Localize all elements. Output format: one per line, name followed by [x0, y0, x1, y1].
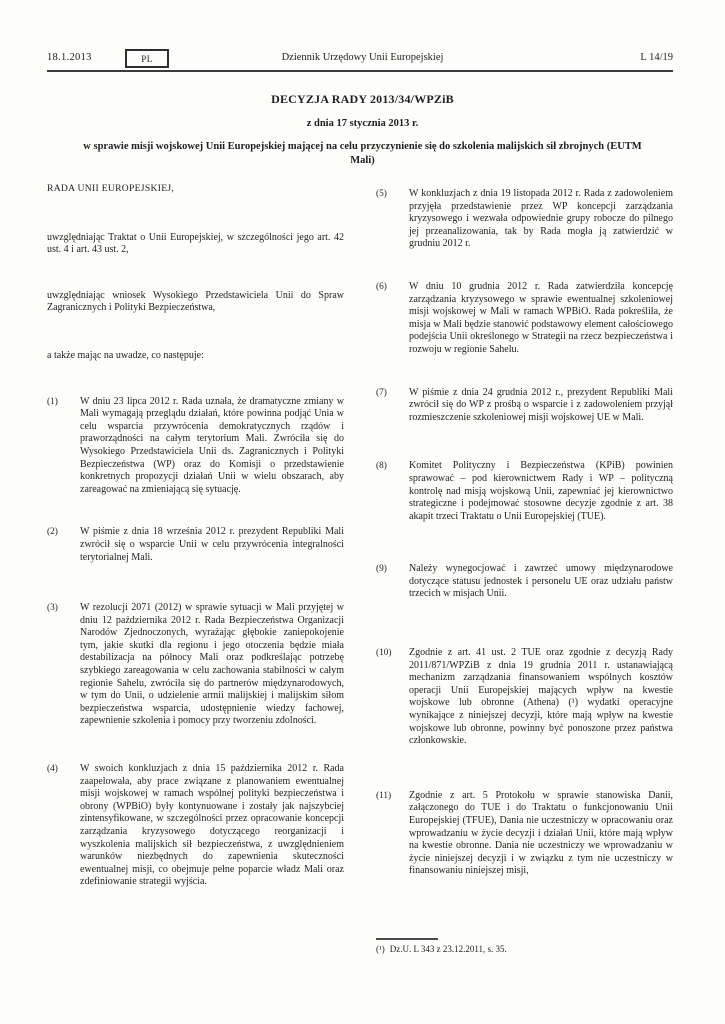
recital-text: Zgodnie z art. 5 Protokołu w sprawie sta… — [409, 790, 673, 878]
recital-text: W konkluzjach z dnia 19 listopada 2012 r… — [409, 188, 673, 251]
recitals-intro: a także mając na uwadze, co następuje: — [47, 350, 344, 363]
document-page: 18.1.2013 PL Dziennik Urzędowy Unii Euro… — [0, 0, 725, 1024]
recital-number: (9) — [376, 563, 409, 601]
recital-item-9: (9) Należy wynegocjować i zawrzeć umowy … — [376, 563, 673, 601]
recital-number: (8) — [376, 460, 409, 523]
recital-text: W piśmie z dnia 18 września 2012 r. prez… — [80, 526, 344, 564]
decision-date-line: z dnia 17 stycznia 2013 r. — [0, 118, 725, 129]
header-rule — [47, 70, 673, 72]
recital-number: (4) — [47, 763, 80, 889]
recital-item-11: (11) Zgodnie z art. 5 Protokołu w sprawi… — [376, 790, 673, 878]
footnote-text: Dz.U. L 343 z 23.12.2011, s. 35. — [390, 944, 507, 955]
recital-text: W piśmie z dnia 24 grudnia 2012 r., prez… — [409, 387, 673, 425]
recital-text: W dniu 23 lipca 2012 r. Rada uznała, że … — [80, 396, 344, 497]
recital-number: (2) — [47, 526, 80, 564]
recital-text: Należy wynegocjować i zawrzeć umowy międ… — [409, 563, 673, 601]
recital-item-1: (1) W dniu 23 lipca 2012 r. Rada uznała,… — [47, 396, 344, 497]
recital-item-2: (2) W piśmie z dnia 18 września 2012 r. … — [47, 526, 344, 564]
right-column: (5) W konkluzjach z dnia 19 listopada 20… — [376, 183, 673, 889]
recital-number: (10) — [376, 647, 409, 748]
footnote-line: (¹) Dz.U. L 343 z 23.12.2011, s. 35. — [376, 944, 673, 955]
recital-number: (6) — [376, 281, 409, 357]
recital-text: Komitet Polityczny i Bezpieczeństwa (KPi… — [409, 460, 673, 523]
recital-number: (3) — [47, 602, 80, 728]
decision-subject: w sprawie misji wojskowej Unii Europejsk… — [75, 140, 650, 167]
header-page-ref: L 14/19 — [640, 52, 673, 63]
recital-text: Zgodnie z art. 41 ust. 2 TUE oraz zgodni… — [409, 647, 673, 748]
footnote-rule — [376, 938, 438, 940]
document-body: RADA UNII EUROPEJSKIEJ, uwzględniając Tr… — [47, 183, 673, 889]
recital-item-10: (10) Zgodnie z art. 41 ust. 2 TUE oraz z… — [376, 647, 673, 748]
title-block: DECYZJA RADY 2013/34/WPZiB z dnia 17 sty… — [0, 92, 725, 167]
recital-number: (1) — [47, 396, 80, 497]
recital-item-5: (5) W konkluzjach z dnia 19 listopada 20… — [376, 188, 673, 251]
recital-item-7: (7) W piśmie z dnia 24 grudnia 2012 r., … — [376, 387, 673, 425]
recital-item-3: (3) W rezolucji 2071 (2012) w sprawie sy… — [47, 602, 344, 728]
left-column: RADA UNII EUROPEJSKIEJ, uwzględniając Tr… — [47, 183, 344, 889]
recital-number: (5) — [376, 188, 409, 251]
recital-item-8: (8) Komitet Polityczny i Bezpieczeństwa … — [376, 460, 673, 523]
footnote: (¹) Dz.U. L 343 z 23.12.2011, s. 35. — [376, 938, 673, 955]
recital-text: W rezolucji 2071 (2012) w sprawie sytuac… — [80, 602, 344, 728]
preamble-opening: RADA UNII EUROPEJSKIEJ, — [47, 183, 344, 196]
footnote-marker: (¹) — [376, 944, 385, 955]
recital-text: W swoich konkluzjach z dnia 15 październ… — [80, 763, 344, 889]
recital-number: (7) — [376, 387, 409, 425]
recital-number: (11) — [376, 790, 409, 878]
decision-title: DECYZJA RADY 2013/34/WPZiB — [0, 92, 725, 107]
preamble-citation-1: uwzględniając Traktat o Unii Europejskie… — [47, 232, 344, 257]
recital-item-6: (6) W dniu 10 grudnia 2012 r. Rada zatwi… — [376, 281, 673, 357]
preamble-citation-2: uwzględniając wniosek Wysokiego Przedsta… — [47, 290, 344, 315]
recital-text: W dniu 10 grudnia 2012 r. Rada zatwierdz… — [409, 281, 673, 357]
recital-item-4: (4) W swoich konkluzjach z dnia 15 paźdz… — [47, 763, 344, 889]
journal-title: Dziennik Urzędowy Unii Europejskiej — [0, 52, 725, 63]
